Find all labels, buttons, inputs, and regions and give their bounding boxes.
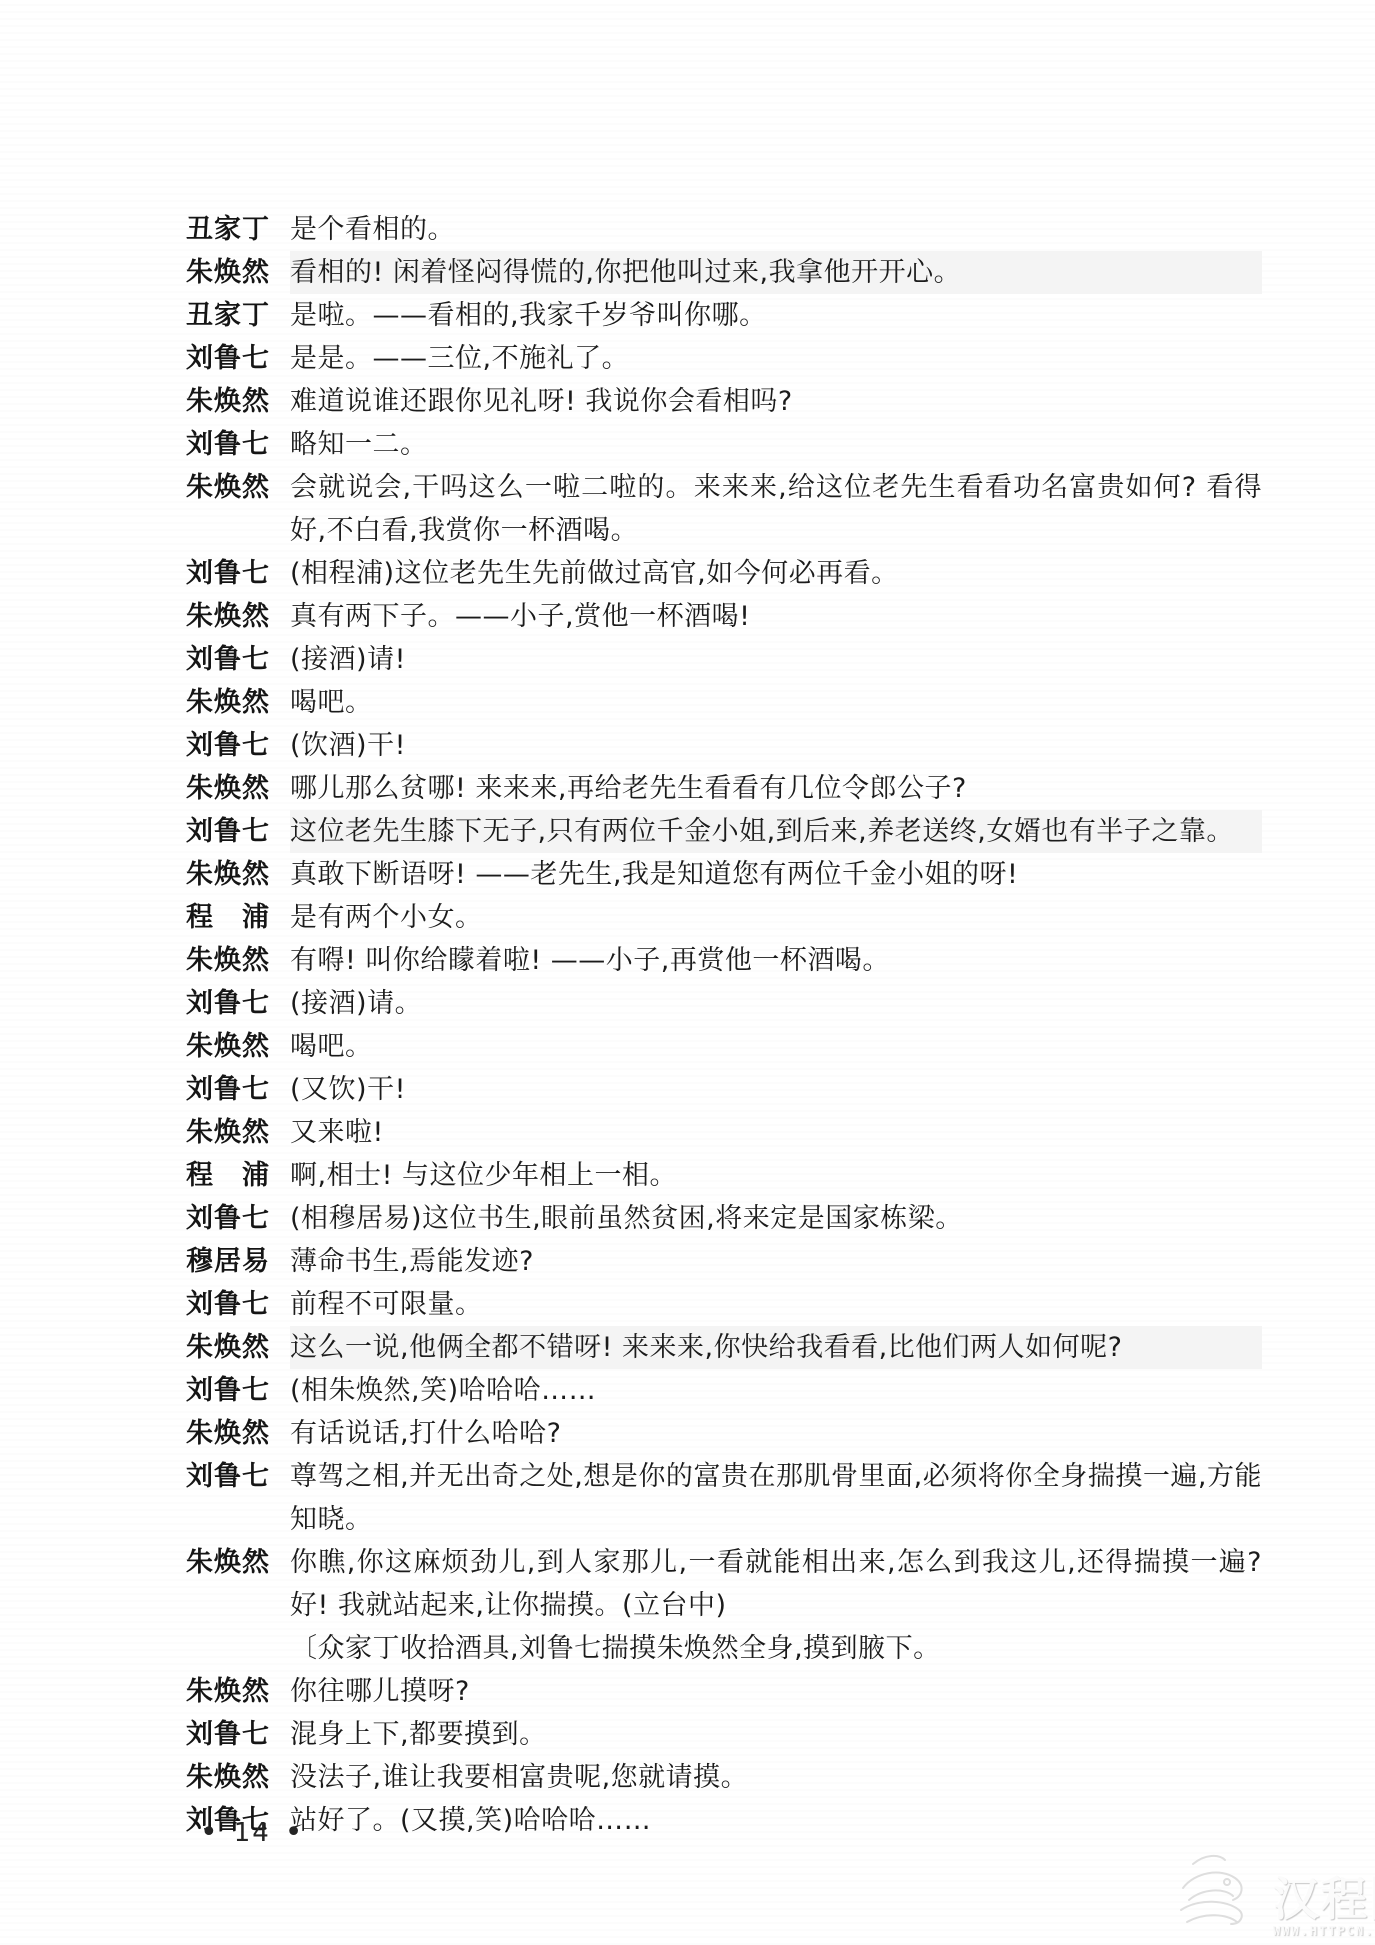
dialogue-row: 朱焕然 真有两下子。——小子,赏他一杯酒喝!	[186, 595, 1262, 638]
speaker-name: 朱焕然	[186, 1670, 290, 1713]
dialogue-text: 你往哪儿摸呀?	[290, 1670, 1262, 1713]
dialogue-row: 刘鲁七 这位老先生膝下无子,只有两位千金小姐,到后来,养老送终,女婿也有半子之靠…	[186, 810, 1262, 853]
dialogue-row: 朱焕然 会就说会,干吗这么一啦二啦的。来来来,给这位老先生看看功名富贵如何? 看…	[186, 466, 1262, 552]
speaker-name: 刘鲁七	[186, 552, 290, 595]
speaker-name: 程 浦	[186, 896, 290, 939]
speaker-name: 刘鲁七	[186, 1455, 290, 1498]
dialogue-row: 朱焕然 难道说谁还跟你见礼呀! 我说你会看相吗?	[186, 380, 1262, 423]
dialogue-text: 薄命书生,焉能发迹?	[290, 1240, 1262, 1283]
dialogue-row: 刘鲁七 (相穆居易)这位书生,眼前虽然贫困,将来定是国家栋梁。	[186, 1197, 1262, 1240]
dialogue-row: 刘鲁七 尊驾之相,并无出奇之处,想是你的富贵在那肌骨里面,必须将你全身揣摸一遍,…	[186, 1455, 1262, 1541]
speaker-name: 朱焕然	[186, 1412, 290, 1455]
dialogue-text: 尊驾之相,并无出奇之处,想是你的富贵在那肌骨里面,必须将你全身揣摸一遍,方能知晓…	[290, 1455, 1262, 1541]
speaker-name: 朱焕然	[186, 939, 290, 982]
speaker-name: 朱焕然	[186, 595, 290, 638]
dialogue-text: 站好了。(又摸,笑)哈哈哈……	[290, 1799, 1262, 1842]
speaker-name: 朱焕然	[186, 1756, 290, 1799]
dialogue-row: 朱焕然 看相的! 闲着怪闷得慌的,你把他叫过来,我拿他开开心。	[186, 251, 1262, 294]
dialogue-text: 是啦。——看相的,我家千岁爷叫你哪。	[290, 294, 1262, 337]
dialogue-row: 刘鲁七 是是。——三位,不施礼了。	[186, 337, 1262, 380]
page-number-dot-left: •	[200, 1820, 220, 1846]
scanned-script-page: 丑家丁 是个看相的。 朱焕然 看相的! 闲着怪闷得慌的,你把他叫过来,我拿他开开…	[0, 0, 1375, 1945]
watermark-site-url: WWW.HTTPCN.COM	[1273, 1924, 1375, 1938]
dialogue-row: 程 浦 啊,相士! 与这位少年相上一相。	[186, 1154, 1262, 1197]
speaker-name: 刘鲁七	[186, 810, 290, 853]
watermark: 汉程网 WWW.HTTPCN.COM	[1175, 1848, 1375, 1938]
dialogue-row: 朱焕然 没法子,谁让我要相富贵呢,您就请摸。	[186, 1756, 1262, 1799]
dialogue-text: 难道说谁还跟你见礼呀! 我说你会看相吗?	[290, 380, 1262, 423]
dialogue-text: 〔众家丁收拾酒具,刘鲁七揣摸朱焕然全身,摸到腋下。	[290, 1627, 1262, 1670]
dialogue-row: 穆居易 薄命书生,焉能发迹?	[186, 1240, 1262, 1283]
dialogue-text: (接酒)请!	[290, 638, 1262, 681]
dialogue-row: 刘鲁七 前程不可限量。	[186, 1283, 1262, 1326]
dialogue-row: 朱焕然 你瞧,你这麻烦劲儿,到人家那儿,一看就能相出来,怎么到我这儿,还得揣摸一…	[186, 1541, 1262, 1627]
dialogue-text: (相朱焕然,笑)哈哈哈……	[290, 1369, 1262, 1412]
dialogue-row: 刘鲁七 (相程浦)这位老先生先前做过高官,如今何必再看。	[186, 552, 1262, 595]
speaker-name: 朱焕然	[186, 251, 290, 294]
dialogue-text: 是个看相的。	[290, 208, 1262, 251]
speaker-name: 刘鲁七	[186, 1283, 290, 1326]
script-dialogue-block: 丑家丁 是个看相的。 朱焕然 看相的! 闲着怪闷得慌的,你把他叫过来,我拿他开开…	[186, 208, 1262, 1842]
dialogue-row: 程 浦 是有两个小女。	[186, 896, 1262, 939]
page-number-value: 14	[234, 1818, 271, 1848]
dialogue-row: 朱焕然 真敢下断语呀! ——老先生,我是知道您有两位千金小姐的呀!	[186, 853, 1262, 896]
speaker-name: 丑家丁	[186, 294, 290, 337]
dialogue-row: 丑家丁 是啦。——看相的,我家千岁爷叫你哪。	[186, 294, 1262, 337]
speaker-name: 朱焕然	[186, 1111, 290, 1154]
dialogue-text: (饮酒)干!	[290, 724, 1262, 767]
watermark-text: 汉程网 WWW.HTTPCN.COM	[1273, 1876, 1375, 1938]
speaker-name: 刘鲁七	[186, 638, 290, 681]
dialogue-text: 会就说会,干吗这么一啦二啦的。来来来,给这位老先生看看功名富贵如何? 看得好,不…	[290, 466, 1262, 552]
dialogue-text: 这位老先生膝下无子,只有两位千金小姐,到后来,养老送终,女婿也有半子之靠。	[290, 810, 1262, 853]
dialogue-text: 是是。——三位,不施礼了。	[290, 337, 1262, 380]
speaker-name: 丑家丁	[186, 208, 290, 251]
dialogue-text: 前程不可限量。	[290, 1283, 1262, 1326]
speaker-name: 程 浦	[186, 1154, 290, 1197]
dragon-swirl-logo-icon	[1175, 1848, 1265, 1938]
dialogue-row: 刘鲁七 (接酒)请!	[186, 638, 1262, 681]
dialogue-text: 啊,相士! 与这位少年相上一相。	[290, 1154, 1262, 1197]
dialogue-row: 朱焕然 这么一说,他俩全都不错呀! 来来来,你快给我看看,比他们两人如何呢?	[186, 1326, 1262, 1369]
dialogue-text: 有话说话,打什么哈哈?	[290, 1412, 1262, 1455]
dialogue-row: 刘鲁七 略知一二。	[186, 423, 1262, 466]
dialogue-row: 朱焕然 哪儿那么贫哪! 来来来,再给老先生看看有几位令郎公子?	[186, 767, 1262, 810]
dialogue-row: 刘鲁七 混身上下,都要摸到。	[186, 1713, 1262, 1756]
dialogue-row: 朱焕然 喝吧。	[186, 1025, 1262, 1068]
dialogue-text: 又来啦!	[290, 1111, 1262, 1154]
dialogue-row: 朱焕然 你往哪儿摸呀?	[186, 1670, 1262, 1713]
speaker-name: 朱焕然	[186, 1025, 290, 1068]
page-number: • 14 •	[200, 1818, 305, 1848]
dialogue-text: 混身上下,都要摸到。	[290, 1713, 1262, 1756]
speaker-name: 刘鲁七	[186, 982, 290, 1025]
speaker-name: 朱焕然	[186, 1541, 290, 1584]
dialogue-text: (接酒)请。	[290, 982, 1262, 1025]
dialogue-text: (又饮)干!	[290, 1068, 1262, 1111]
dialogue-text: 喝吧。	[290, 681, 1262, 724]
dialogue-text: (相穆居易)这位书生,眼前虽然贫困,将来定是国家栋梁。	[290, 1197, 1262, 1240]
speaker-name: 刘鲁七	[186, 1068, 290, 1111]
speaker-name: 刘鲁七	[186, 1713, 290, 1756]
speaker-name: 刘鲁七	[186, 1369, 290, 1412]
dialogue-row: 朱焕然 又来啦!	[186, 1111, 1262, 1154]
dialogue-text: 有嘚! 叫你给矇着啦! ——小子,再赏他一杯酒喝。	[290, 939, 1262, 982]
dialogue-row: 朱焕然 有嘚! 叫你给矇着啦! ——小子,再赏他一杯酒喝。	[186, 939, 1262, 982]
page-number-dot-right: •	[285, 1820, 305, 1846]
dialogue-row: 刘鲁七 站好了。(又摸,笑)哈哈哈……	[186, 1799, 1262, 1842]
dialogue-text: 没法子,谁让我要相富贵呢,您就请摸。	[290, 1756, 1262, 1799]
dialogue-row: 丑家丁 是个看相的。	[186, 208, 1262, 251]
watermark-site-name: 汉程网	[1273, 1876, 1375, 1922]
dialogue-text: 喝吧。	[290, 1025, 1262, 1068]
dialogue-row: 〔众家丁收拾酒具,刘鲁七揣摸朱焕然全身,摸到腋下。	[186, 1627, 1262, 1670]
dialogue-row: 刘鲁七 (饮酒)干!	[186, 724, 1262, 767]
dialogue-text: 略知一二。	[290, 423, 1262, 466]
speaker-name: 朱焕然	[186, 767, 290, 810]
dialogue-text: 真有两下子。——小子,赏他一杯酒喝!	[290, 595, 1262, 638]
dialogue-row: 朱焕然 有话说话,打什么哈哈?	[186, 1412, 1262, 1455]
dialogue-text: 真敢下断语呀! ——老先生,我是知道您有两位千金小姐的呀!	[290, 853, 1262, 896]
speaker-name: 朱焕然	[186, 681, 290, 724]
speaker-name: 刘鲁七	[186, 724, 290, 767]
dialogue-row: 刘鲁七 (又饮)干!	[186, 1068, 1262, 1111]
speaker-name: 穆居易	[186, 1240, 290, 1283]
speaker-name: 朱焕然	[186, 853, 290, 896]
dialogue-text: (相程浦)这位老先生先前做过高官,如今何必再看。	[290, 552, 1262, 595]
dialogue-row: 刘鲁七 (相朱焕然,笑)哈哈哈……	[186, 1369, 1262, 1412]
dialogue-row: 刘鲁七 (接酒)请。	[186, 982, 1262, 1025]
dialogue-text: 你瞧,你这麻烦劲儿,到人家那儿,一看就能相出来,怎么到我这儿,还得揣摸一遍? 好…	[290, 1541, 1262, 1627]
speaker-name: 朱焕然	[186, 466, 290, 509]
speaker-name: 朱焕然	[186, 380, 290, 423]
speaker-name: 刘鲁七	[186, 1197, 290, 1240]
dialogue-text: 哪儿那么贫哪! 来来来,再给老先生看看有几位令郎公子?	[290, 767, 1262, 810]
dialogue-text: 是有两个小女。	[290, 896, 1262, 939]
dialogue-text: 这么一说,他俩全都不错呀! 来来来,你快给我看看,比他们两人如何呢?	[290, 1326, 1262, 1369]
speaker-name: 刘鲁七	[186, 337, 290, 380]
dialogue-row: 朱焕然 喝吧。	[186, 681, 1262, 724]
dialogue-text: 看相的! 闲着怪闷得慌的,你把他叫过来,我拿他开开心。	[290, 251, 1262, 294]
speaker-name: 朱焕然	[186, 1326, 290, 1369]
speaker-name: 刘鲁七	[186, 423, 290, 466]
